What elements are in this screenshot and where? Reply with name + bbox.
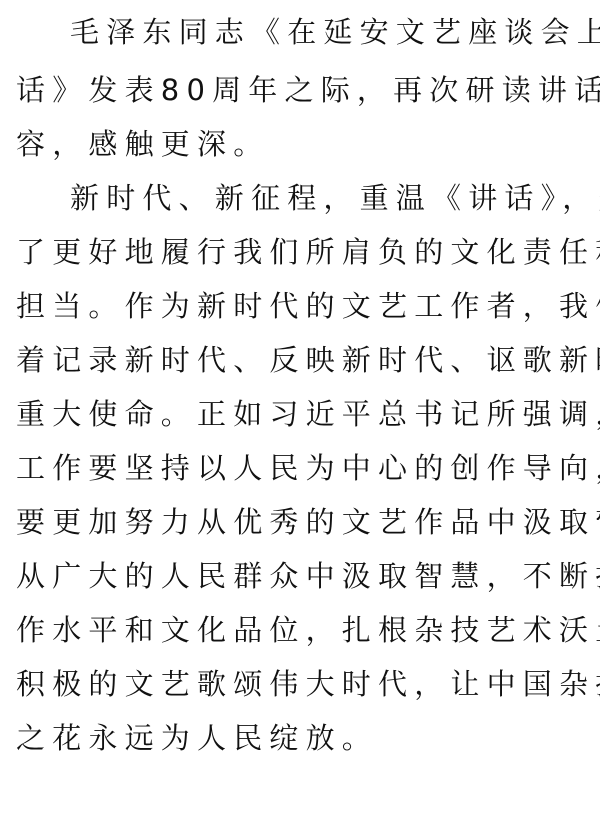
text-line: 之花永远为人民绽放。: [16, 718, 378, 758]
text-line: 担当。作为新时代的文艺工作者，我们承担: [16, 286, 600, 326]
text-line: 新时代、新征程，重温《讲话》，是为: [70, 178, 600, 218]
text-line: 从广大的人民群众中汲取智慧，不断提升创: [16, 556, 600, 596]
text-line: 要更加努力从优秀的文艺作品中汲取营养，: [16, 502, 600, 542]
text-line: 了更好地履行我们所肩负的文化责任和社会: [16, 232, 600, 272]
text-line: 毛泽东同志《在延安文艺座谈会上的讲: [70, 12, 600, 52]
text-line: 重大使命。正如习近平总书记所强调，文艺: [16, 394, 600, 434]
text-line: 工作要坚持以人民为中心的创作导向，我们: [16, 448, 600, 488]
text-line: 话》发表80周年之际，再次研读讲话内: [16, 70, 600, 110]
text-line: 着记录新时代、反映新时代、讴歌新时代的: [16, 340, 600, 380]
text-line: 积极的文艺歌颂伟大时代，让中国杂技艺术: [16, 664, 600, 704]
text-line: 容，感触更深。: [16, 124, 269, 164]
text-line: 作水平和文化品位，扎根杂技艺术沃土，用: [16, 610, 600, 650]
